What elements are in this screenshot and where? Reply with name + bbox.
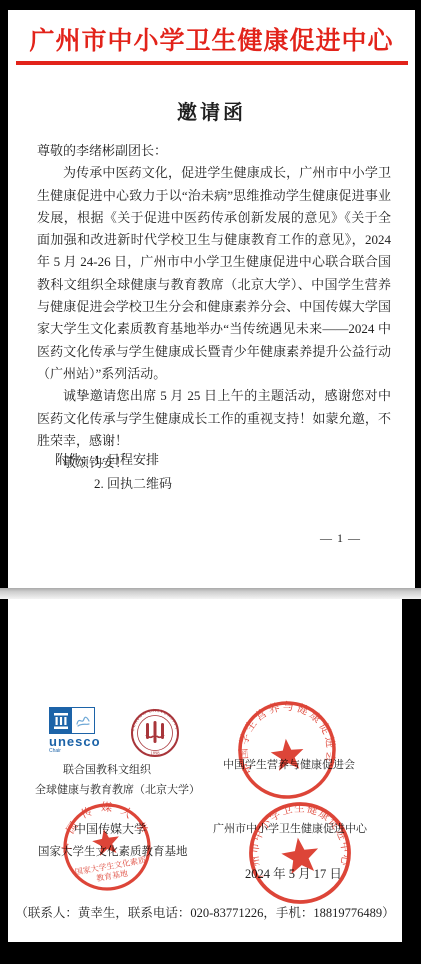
page-separator (0, 588, 421, 599)
page-number: — 1 — (320, 531, 361, 546)
stamp-gz-arc-text: 广州市中小学卫生健康促进中心 (242, 795, 355, 882)
paragraph-1: 为传承中医药文化，促进学生健康成长，广州市中小学卫生健康促进中心致力于以“治未病… (37, 162, 391, 385)
paragraph-2: 诚挚邀请您出席 5 月 25 日上午的主题活动，感谢您对中医药文化传承与学生健康… (37, 385, 391, 452)
letter-page-1: 广州市中小学卫生健康促进中心 邀请函 尊敬的李绪彬副团长： 为传承中医药文化，促… (8, 10, 415, 588)
org-unesco-line1: 联合国教科文组织 (32, 761, 182, 777)
letter-page-2: unesco Chair PEKING UNIVERSITY 1898 (8, 599, 402, 942)
document-photo: 广州市中小学卫生健康促进中心 邀请函 尊敬的李绪彬副团长： 为传承中医药文化，促… (0, 0, 421, 964)
pku-year: 1898 (151, 751, 161, 756)
salutation: 尊敬的李绪彬副团长： (37, 140, 391, 162)
stamp-star-icon (279, 835, 321, 875)
attachments-label: 附件： (55, 448, 94, 496)
unesco-temple-icon (50, 708, 72, 733)
org-unesco-line2: 全球健康与教育教席（北京大学） (35, 781, 200, 797)
attachments-block: 附件： 1. 日程安排 2. 回执二维码 (55, 448, 172, 496)
letterhead-divider (16, 61, 408, 65)
unesco-logo: unesco Chair (49, 707, 99, 754)
unesco-scribble-icon (72, 708, 94, 733)
stamp-star-icon (90, 827, 121, 857)
svg-text:广州市中小学卫生健康促进中心: 广州市中小学卫生健康促进中心 (242, 795, 355, 882)
stamp-gz-seal: 广州市中小学卫生健康促进中心 (239, 792, 361, 914)
peking-university-logo: PEKING UNIVERSITY 1898 (130, 708, 180, 758)
stamp-star-icon (270, 737, 306, 771)
stamp-nutrition-seal: 中国学生营养与健康促进会 (227, 690, 348, 811)
document-title: 邀请函 (8, 96, 415, 125)
unesco-wordmark: unesco (49, 735, 99, 748)
letter-body: 尊敬的李绪彬副团长： 为传承中医药文化，促进学生健康成长，广州市中小学卫生健康促… (37, 140, 391, 474)
letterhead-title: 广州市中小学卫生健康促进中心 (8, 21, 415, 57)
attachment-item-2: 2. 回执二维码 (94, 472, 172, 496)
attachment-item-1: 1. 日程安排 (94, 448, 172, 472)
stamp-cuc-seal: 中国传媒大学 国家大学生文化素质 教育基地 (51, 791, 162, 902)
contact-line: （联系人：黄幸生，联系电话：020-83771226，手机：1881977648… (8, 903, 402, 921)
